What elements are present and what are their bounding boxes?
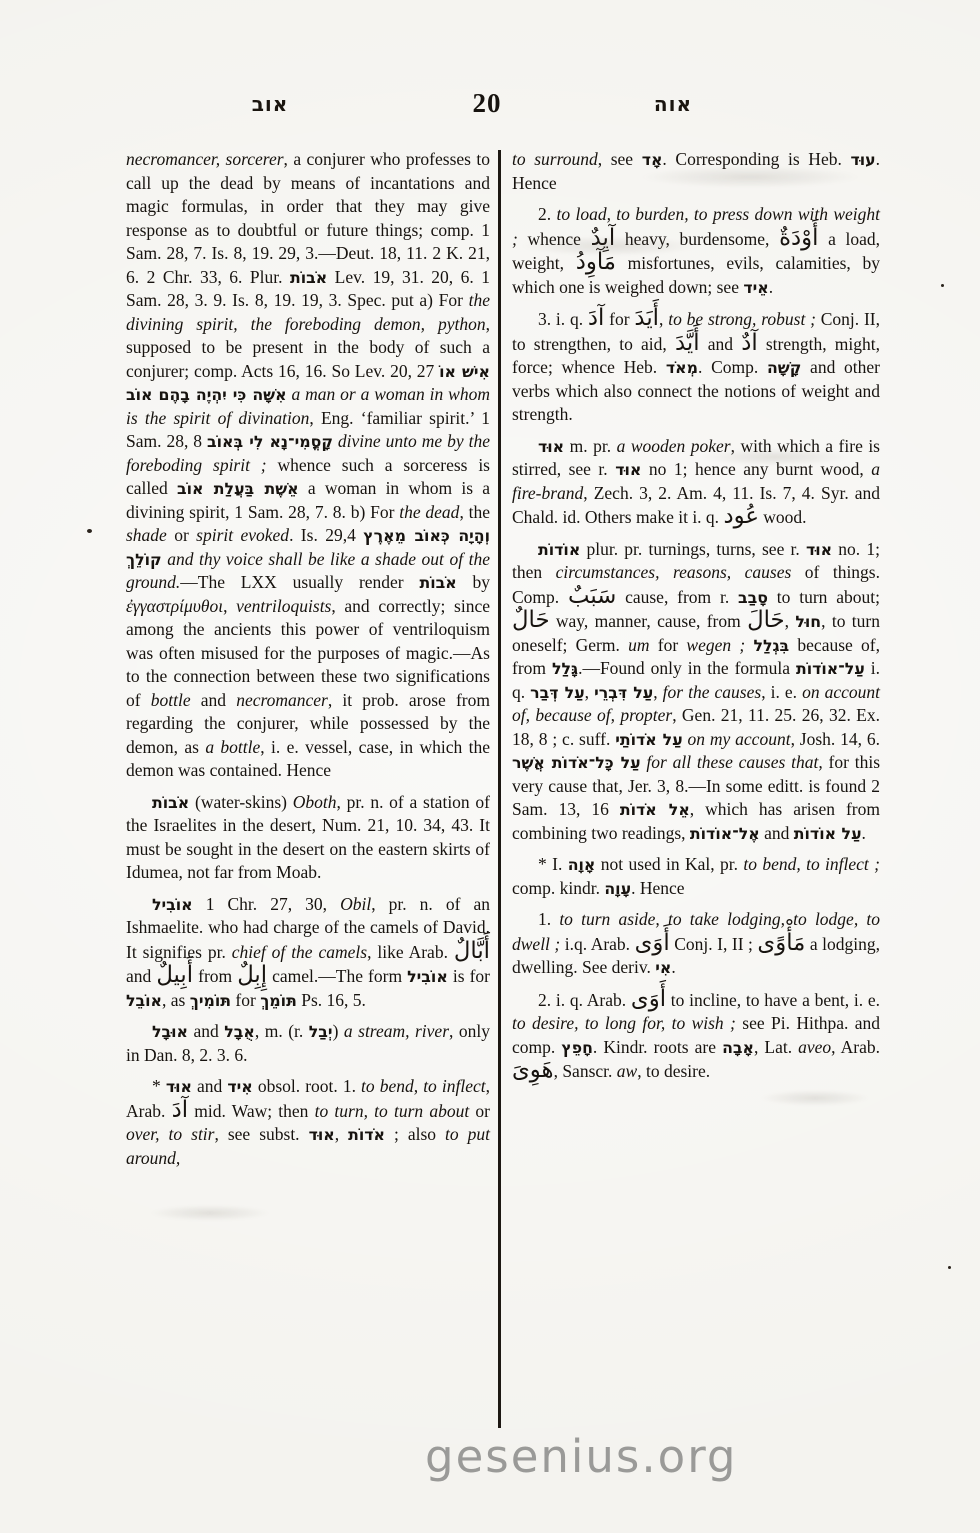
text-run: . bbox=[769, 277, 773, 297]
text-run: Oboth bbox=[293, 792, 337, 812]
text-run: אֶל־אוֹדוֹת bbox=[690, 824, 760, 843]
text-run: a stream, river bbox=[344, 1021, 449, 1041]
paragraph: אוֹבִיל 1 Chr. 27, 30, Obil, pr. n. of a… bbox=[126, 893, 490, 1013]
text-run: حَالَ bbox=[747, 607, 785, 633]
text-run: أَبِيلٌ bbox=[156, 962, 193, 988]
text-run: אֹדוֹת bbox=[348, 1125, 385, 1144]
scan-speck bbox=[948, 1266, 951, 1269]
page-number: 20 bbox=[437, 88, 537, 119]
text-run: comp. kindr. bbox=[512, 878, 604, 898]
text-run: עַל דִּבְרֵי bbox=[594, 683, 653, 702]
text-run: .—Found only in the formula bbox=[578, 658, 796, 678]
text-run: עַל אוֹדוֹת bbox=[794, 824, 862, 843]
text-run: to bend, to inflect ; bbox=[743, 854, 880, 874]
scan-speck bbox=[941, 284, 944, 287]
text-run: آدَ bbox=[172, 1097, 188, 1123]
text-run: أَوَى bbox=[631, 986, 666, 1012]
text-run: אוֹבִיל bbox=[407, 967, 448, 986]
paragraph: * אוּד and אִיד obsol. root. 1. to bend,… bbox=[126, 1075, 490, 1170]
text-run: 2. i. q. Arab. bbox=[538, 990, 631, 1010]
text-run: אוּד bbox=[806, 540, 832, 559]
text-run: , the bbox=[459, 502, 490, 522]
text-run: , Arab. bbox=[831, 1037, 880, 1057]
text-run: حَالٌ bbox=[512, 607, 550, 633]
text-run: אֹבוֹת bbox=[290, 268, 327, 287]
text-run: 1. bbox=[538, 909, 559, 929]
paragraph: 2. to load, to burden, to press down wit… bbox=[512, 203, 880, 299]
text-run: for bbox=[650, 635, 687, 655]
text-run: heavy, burdensome, bbox=[615, 229, 779, 249]
paragraph: 1. to turn aside, to take lodging, to lo… bbox=[512, 908, 880, 980]
text-run: , to desire. bbox=[637, 1061, 710, 1081]
right-column: to surround, see אָד. Corresponding is H… bbox=[512, 148, 880, 1084]
text-run: . Kindr. roots are bbox=[593, 1037, 722, 1057]
text-run: wood. bbox=[759, 507, 807, 527]
text-run: and bbox=[188, 1021, 224, 1041]
text-run: אוּד bbox=[538, 437, 564, 456]
text-run: aveo bbox=[798, 1037, 831, 1057]
text-run: ventriloquists bbox=[236, 596, 331, 616]
text-run: אוּבָל bbox=[152, 1022, 188, 1041]
text-run: m. pr. bbox=[564, 436, 616, 456]
text-run: , bbox=[335, 1124, 348, 1144]
text-run: אֹבוֹת bbox=[152, 793, 189, 812]
text-run: 3. i. q. bbox=[538, 309, 588, 329]
text-run: to incline, to have a bent, i. e. bbox=[666, 990, 880, 1010]
text-run: and bbox=[760, 823, 794, 843]
scan-smudge bbox=[150, 1205, 270, 1221]
text-run: bottle bbox=[151, 690, 191, 710]
text-run: a bottle bbox=[205, 737, 260, 757]
text-run: קָסֳמִי־נָא לִי בְּאוֹב bbox=[207, 432, 333, 451]
text-run: for bbox=[231, 990, 260, 1010]
text-run: אוֹבֵל bbox=[126, 991, 162, 1010]
text-run: عُود bbox=[723, 503, 758, 529]
text-run: , bbox=[785, 611, 796, 631]
text-run: on my account bbox=[688, 729, 791, 749]
text-run: אָבָה bbox=[722, 1038, 754, 1057]
text-run: אִיד bbox=[227, 1077, 252, 1096]
text-run: for bbox=[604, 309, 634, 329]
text-run: أَيَّدَ bbox=[675, 330, 700, 356]
paragraph: אוּד m. pr. a wooden poker, with which a… bbox=[512, 435, 880, 530]
text-run: , Josh. 14, 6. bbox=[791, 729, 880, 749]
text-run: and bbox=[700, 334, 742, 354]
text-run: חָפֵץ bbox=[561, 1038, 593, 1057]
text-run: سَبَبٌ bbox=[568, 583, 616, 609]
text-run: a wooden poker bbox=[617, 436, 731, 456]
text-run: and bbox=[191, 690, 237, 710]
text-run: آيِدٌ bbox=[591, 225, 616, 251]
text-run: אוּד bbox=[615, 460, 641, 479]
paragraph: 2. i. q. Arab. أَوَى to incline, to have… bbox=[512, 988, 880, 1084]
text-run: to turn about; bbox=[768, 587, 880, 607]
text-run: —The LXX usually render bbox=[180, 572, 419, 592]
paragraph: אוֹדוֹת plur. pr. turnings, turns, see r… bbox=[512, 538, 880, 846]
text-run: for the causes bbox=[663, 682, 762, 702]
text-run: هَوِىَ bbox=[512, 1057, 554, 1083]
text-run: no 1; hence any burnt wood, bbox=[641, 459, 871, 479]
text-run: by bbox=[457, 572, 490, 592]
text-run: . bbox=[671, 957, 675, 977]
text-run: עַל אֹדוֹתַי bbox=[615, 730, 683, 749]
text-run: to turn, to turn about bbox=[315, 1101, 470, 1121]
text-run: . Is. 29,4 bbox=[289, 525, 363, 545]
text-run: עַל־אוֹדוֹת bbox=[796, 659, 865, 678]
text-run: way, manner, cause, from bbox=[550, 611, 748, 631]
text-run: cause, from r. bbox=[616, 587, 738, 607]
text-run: , Sanscr. bbox=[554, 1061, 617, 1081]
text-run: חוּל bbox=[795, 612, 821, 631]
text-run: أَيَدَ bbox=[634, 305, 659, 331]
text-run: יְבַל bbox=[309, 1022, 333, 1041]
text-run: , bbox=[585, 682, 594, 702]
scan-speck bbox=[87, 529, 92, 533]
text-run: , see subst. bbox=[214, 1124, 308, 1144]
text-run: i.q. Arab. bbox=[560, 934, 634, 954]
text-run: camel.—The form bbox=[267, 966, 407, 986]
text-run: . bbox=[862, 823, 866, 843]
text-run: to be strong, robust ; bbox=[668, 309, 816, 329]
scan-smudge bbox=[760, 1090, 870, 1106]
text-run: آدَ bbox=[588, 305, 604, 331]
text-run: not used in Kal, pr. bbox=[595, 854, 743, 874]
text-run: and bbox=[192, 1076, 227, 1096]
text-run: אֻבָל bbox=[224, 1022, 255, 1041]
text-run: * bbox=[152, 1076, 166, 1096]
text-run: ) bbox=[333, 1021, 344, 1041]
text-run: spirit evoked bbox=[196, 525, 289, 545]
text-run: . Comp. bbox=[698, 357, 767, 377]
text-run: עָוָה bbox=[604, 879, 631, 898]
text-run: עַל כָּל־אֹדוֹת אֲשֶׁר bbox=[512, 753, 641, 772]
text-run: גָּלַל bbox=[552, 659, 578, 678]
text-run: to surround bbox=[512, 149, 598, 169]
text-run: , m. (r. bbox=[255, 1021, 309, 1041]
text-run: , bbox=[653, 682, 662, 702]
text-run: to desire, to long for, to wish ; bbox=[512, 1013, 736, 1033]
text-run: אָוָה bbox=[568, 855, 596, 874]
text-run: the dead bbox=[399, 502, 459, 522]
text-run: necromancer, sorcerer bbox=[126, 149, 284, 169]
text-run: from bbox=[193, 966, 237, 986]
text-run: מְאֹד bbox=[666, 358, 698, 377]
text-run: Obil bbox=[340, 894, 371, 914]
text-run: סָבַב bbox=[738, 588, 768, 607]
text-run: plur. pr. turnings, turns, see r. bbox=[580, 539, 806, 559]
paragraph: אוּבָל and אֻבָל, m. (r. יְבַל) a stream… bbox=[126, 1020, 490, 1067]
text-run: over, to stir bbox=[126, 1124, 214, 1144]
text-run: , bbox=[223, 596, 236, 616]
text-run: mid. Waw; then bbox=[188, 1101, 315, 1121]
text-run: עוּד bbox=[850, 150, 875, 169]
text-run: أَوَى bbox=[635, 930, 670, 956]
text-run: أَبَّالٌ bbox=[454, 938, 490, 964]
text-run: עַל דְּבַר bbox=[530, 683, 585, 702]
text-run: ἐγγαστρίμυθοι bbox=[126, 596, 223, 616]
text-run: or bbox=[167, 525, 196, 545]
text-run: , like Arab. bbox=[367, 942, 454, 962]
paragraph: necromancer, sorcerer, a conjurer who pr… bbox=[126, 148, 490, 783]
text-run: (water-skins) bbox=[189, 792, 292, 812]
text-run: אוֹדוֹת bbox=[538, 540, 580, 559]
text-run: תּוֹמִיךְ bbox=[190, 991, 231, 1010]
text-run: אֵל אֹדוֹת bbox=[620, 800, 690, 819]
text-run: אָד bbox=[642, 150, 663, 169]
text-run: אֵיד bbox=[743, 278, 768, 297]
text-run: , bbox=[659, 309, 668, 329]
text-run: , as bbox=[162, 990, 190, 1010]
text-run: ; also bbox=[385, 1124, 445, 1144]
text-run: 2. bbox=[538, 204, 556, 224]
running-headword-right: אוה bbox=[608, 92, 738, 116]
paragraph: to surround, see אָד. Corresponding is H… bbox=[512, 148, 880, 195]
text-run: to bend, to inflect bbox=[361, 1076, 486, 1096]
text-run: . Hence bbox=[631, 878, 684, 898]
text-run: آدٌ bbox=[741, 330, 757, 356]
text-run: אוֹבִיל bbox=[152, 895, 193, 914]
text-run: مَآوِدُ bbox=[576, 249, 616, 275]
scanned-lexicon-page: אוב 20 אוה necromancer, sorcerer, a conj… bbox=[0, 0, 980, 1533]
text-run: um bbox=[628, 635, 649, 655]
text-run: אֵשֶׁת בַּעֲלַת אוֹב bbox=[177, 479, 299, 498]
paragraph: * I. אָוָה not used in Kal, pr. to bend,… bbox=[512, 853, 880, 900]
text-run: أَوْدَةٌ bbox=[779, 225, 818, 251]
text-run: בִּגְלַל bbox=[753, 636, 789, 655]
text-run: קָשָׁה bbox=[767, 358, 801, 377]
paragraph: אֹבוֹת (water-skins) Oboth, pr. n. of a … bbox=[126, 791, 490, 885]
text-run: , see bbox=[598, 149, 642, 169]
text-run: مَأْوًى bbox=[757, 930, 805, 956]
text-run: إِبِلٌ bbox=[237, 962, 267, 988]
text-run: shade bbox=[126, 525, 167, 545]
text-run: Ps. 16, 5. bbox=[297, 990, 366, 1010]
text-run: circumstances, reasons, causes bbox=[556, 562, 792, 582]
text-run: 1 Chr. 27, 30, bbox=[193, 894, 340, 914]
text-run: and bbox=[126, 966, 156, 986]
text-run: chief of the camels bbox=[232, 942, 367, 962]
text-run: אוּד bbox=[309, 1125, 335, 1144]
text-run: obsol. root. 1. bbox=[253, 1076, 361, 1096]
text-run: whence bbox=[518, 229, 591, 249]
left-column: necromancer, sorcerer, a conjurer who pr… bbox=[126, 148, 490, 1170]
text-run: , i. e. bbox=[761, 682, 802, 702]
watermark: gesenius.org bbox=[425, 1430, 737, 1483]
text-run: * I. bbox=[538, 854, 568, 874]
text-run: aw bbox=[617, 1061, 637, 1081]
column-divider-rule bbox=[498, 150, 501, 1428]
text-run: wegen ; bbox=[686, 635, 745, 655]
running-headword-left: אוב bbox=[205, 92, 335, 116]
text-run: for all these causes that, bbox=[646, 752, 822, 772]
text-run: אֹבוֹת bbox=[419, 573, 456, 592]
text-run: is for bbox=[448, 966, 490, 986]
text-run: or bbox=[469, 1101, 490, 1121]
text-run: . Corresponding is Heb. bbox=[662, 149, 850, 169]
text-run: necromancer bbox=[236, 690, 328, 710]
text-run: Conj. I, II ; bbox=[670, 934, 758, 954]
text-run: אוּד bbox=[166, 1077, 192, 1096]
text-run: תּוֹמֵךְ bbox=[260, 991, 297, 1010]
text-run: , Lat. bbox=[754, 1037, 798, 1057]
paragraph: 3. i. q. آدَ for أَيَدَ, to be strong, r… bbox=[512, 307, 880, 427]
text-run: אִי bbox=[655, 958, 671, 977]
